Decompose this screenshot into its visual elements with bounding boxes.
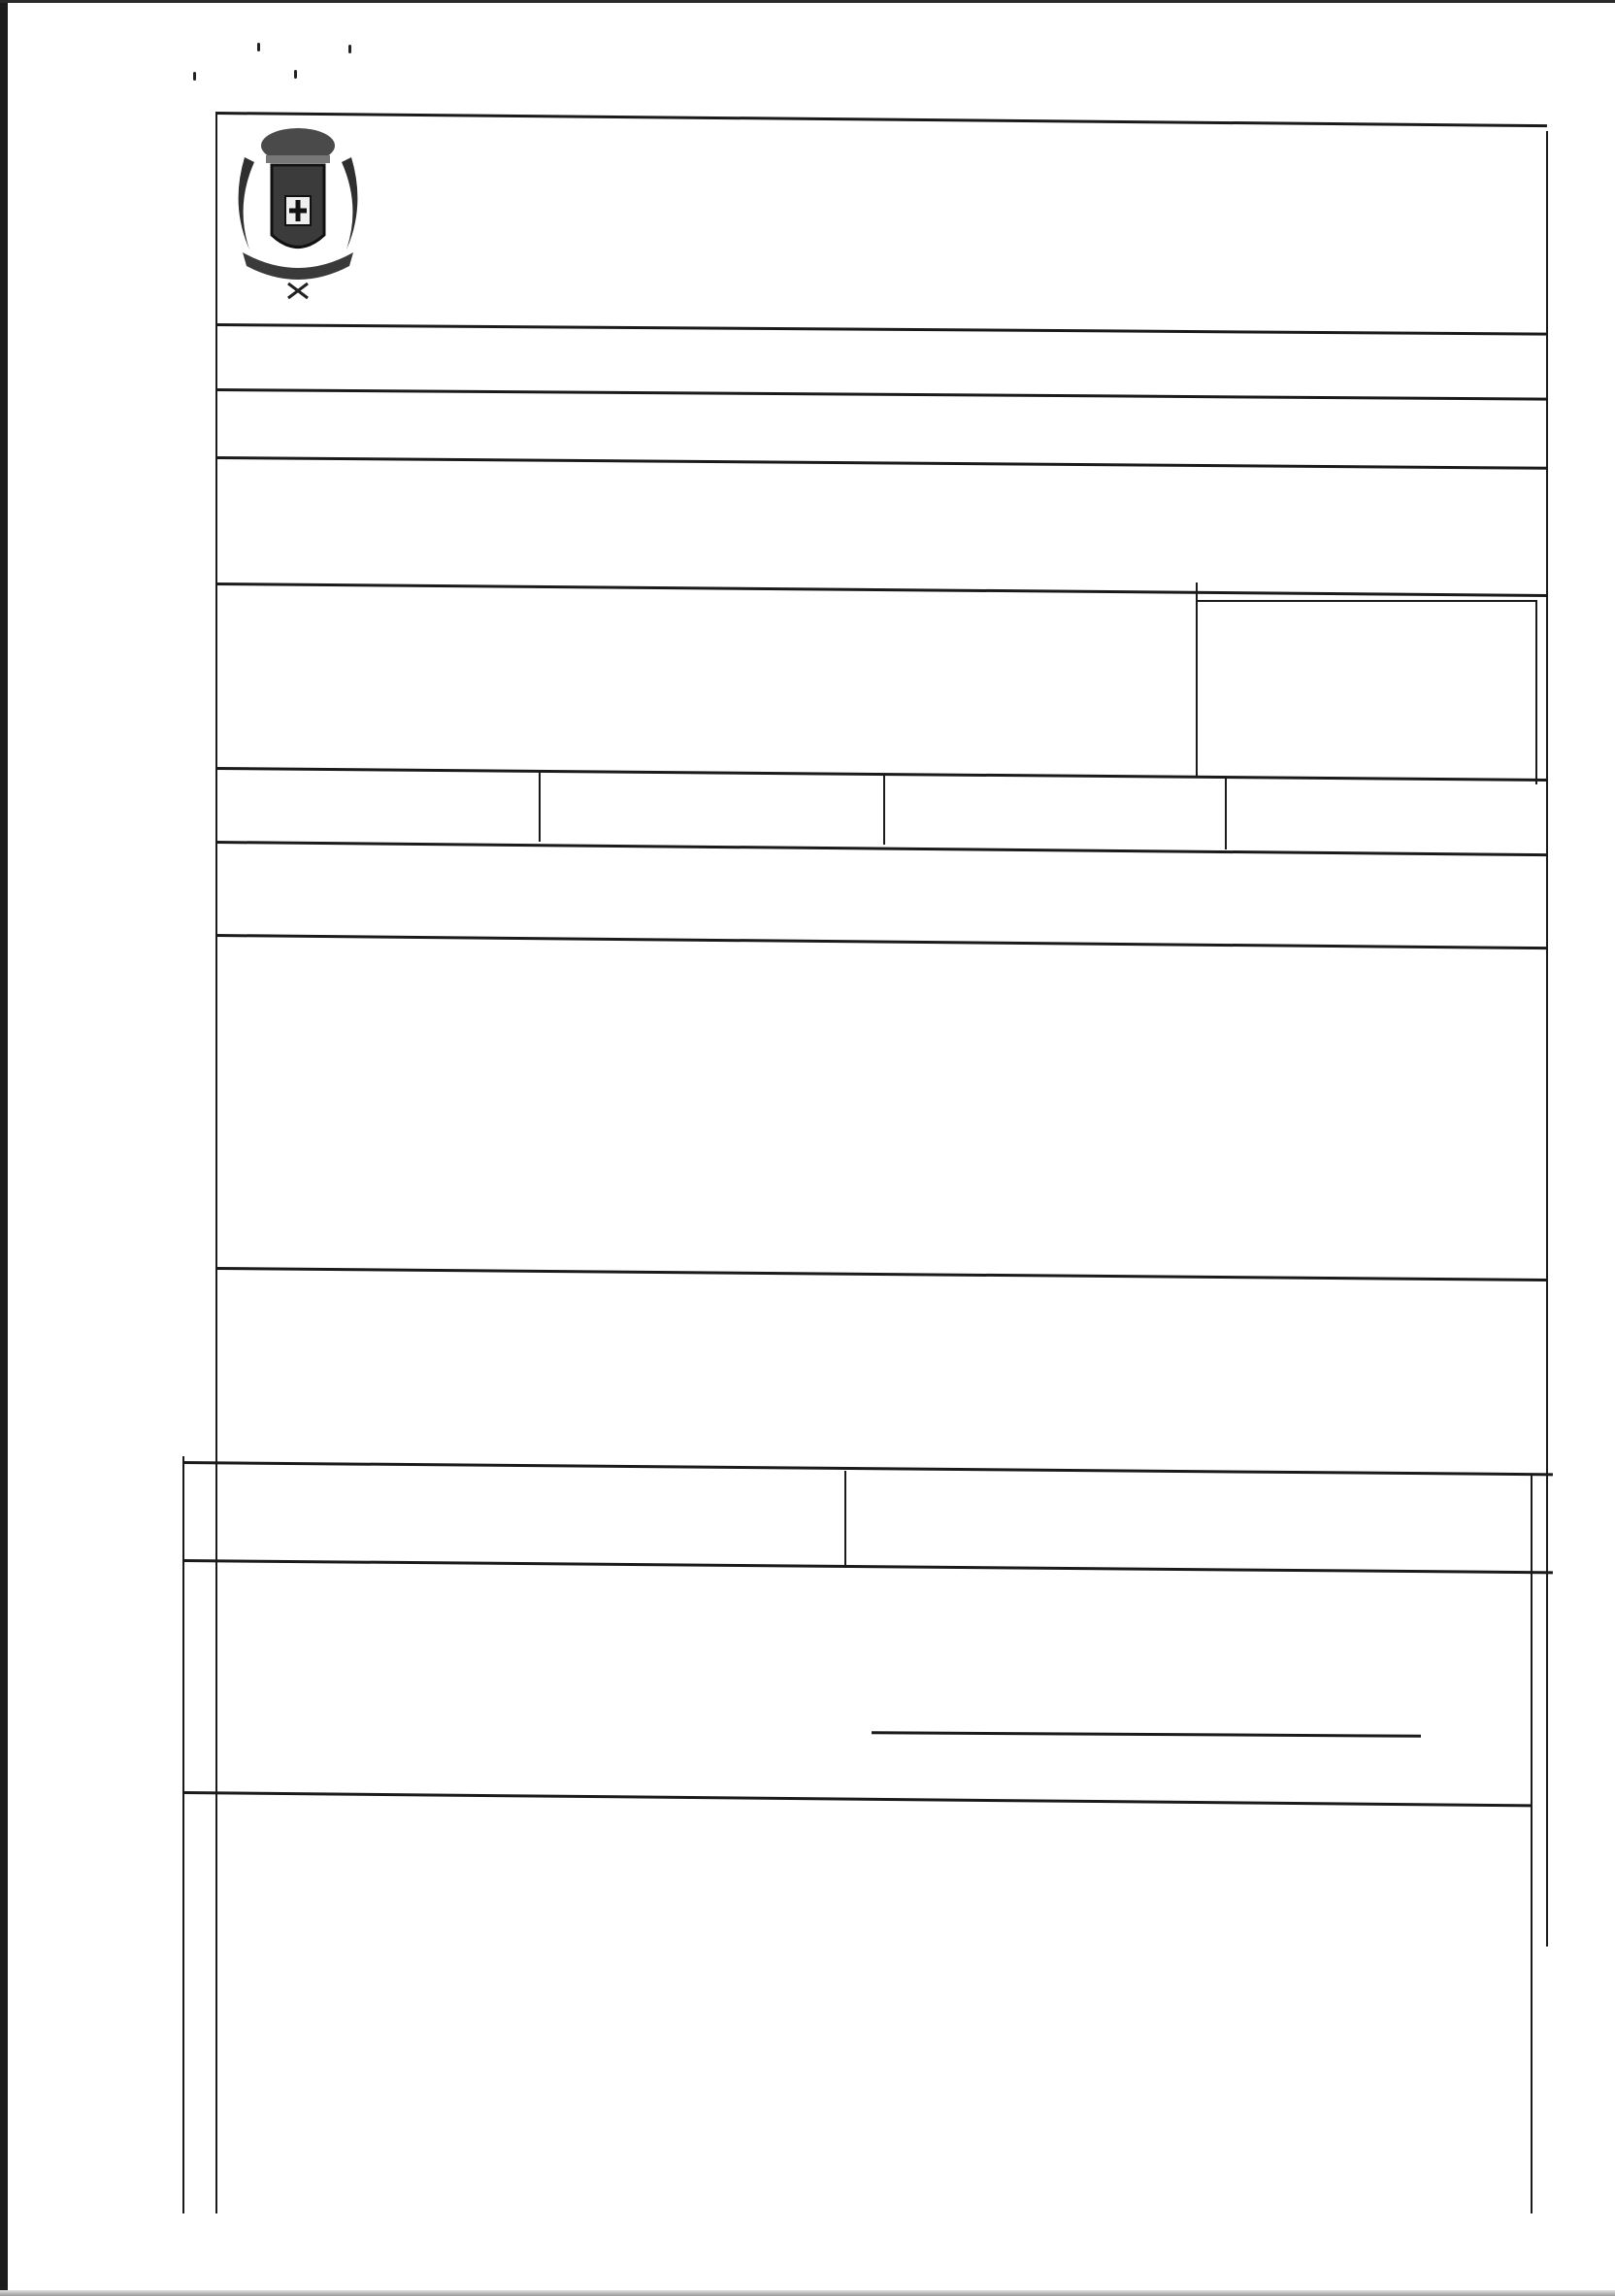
scan-edge xyxy=(0,0,8,2296)
divider xyxy=(182,1559,1553,1574)
divider xyxy=(215,456,1547,470)
frame-left-border xyxy=(182,1456,184,2213)
valores-divider xyxy=(539,772,541,842)
scan-speck xyxy=(193,72,196,81)
frame-right-border xyxy=(1531,1476,1533,2213)
divider xyxy=(215,388,1547,401)
scan-speck xyxy=(294,70,297,79)
divider xyxy=(215,934,1547,949)
frame-right-border xyxy=(1546,131,1548,1947)
scan-edge xyxy=(0,0,1615,3)
frame-top-border xyxy=(215,112,1547,127)
divider xyxy=(182,1461,1553,1476)
divider xyxy=(182,1791,1532,1807)
scan-speck xyxy=(257,43,260,51)
licitacao-box-border xyxy=(1535,600,1537,784)
divider xyxy=(215,582,1547,597)
divider xyxy=(215,1267,1547,1281)
divider xyxy=(1196,600,1535,602)
coat-of-arms-logo xyxy=(225,118,371,303)
divider xyxy=(215,767,1547,782)
divider xyxy=(215,841,1547,856)
frame-left-border xyxy=(215,112,217,2213)
scan-speck xyxy=(348,45,351,53)
totals-divider xyxy=(844,1471,846,1568)
ordenador-signature-line xyxy=(872,1731,1421,1737)
divider xyxy=(215,323,1547,336)
licitacao-box-border xyxy=(1196,582,1198,777)
valores-divider xyxy=(883,775,885,845)
scan-edge xyxy=(0,2290,1615,2296)
valores-divider xyxy=(1225,777,1227,849)
